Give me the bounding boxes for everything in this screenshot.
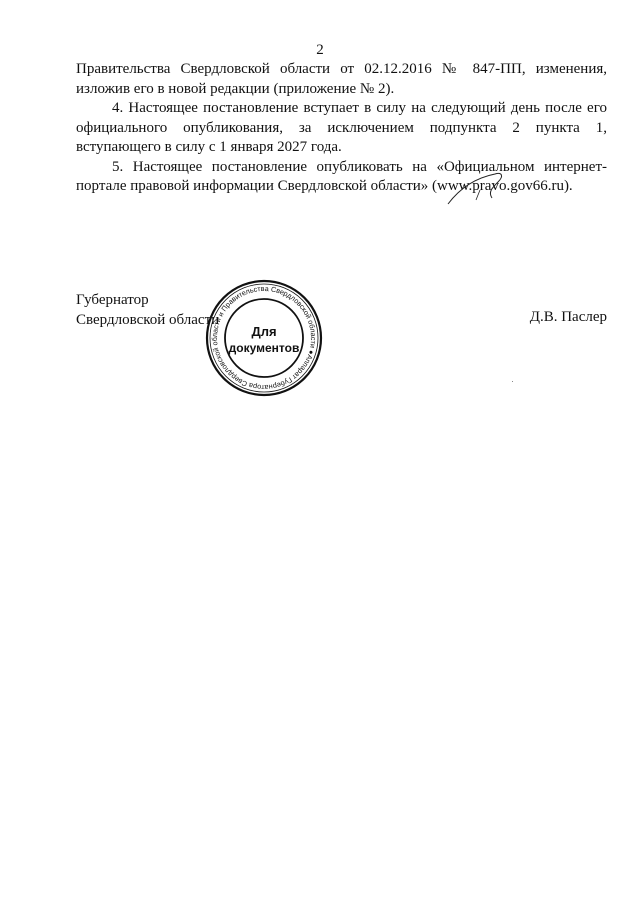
official-stamp-icon: Аппарат Губернатора Свердловской области… [204, 278, 324, 398]
scan-speck [512, 381, 513, 382]
signature-scribble-icon [440, 168, 520, 208]
paragraph-continuation: Правительства Свердловской области от 02… [76, 60, 607, 99]
document-body: Правительства Свердловской области от 02… [76, 60, 607, 197]
page-number: 2 [0, 42, 640, 59]
signature-title: Губернатор Свердловской области [76, 291, 219, 330]
signature-title-line1: Губернатор [76, 291, 219, 311]
stamp-center-line1: Для [251, 324, 276, 339]
paragraph-item-5: 5. Настоящее постановление опубликовать … [76, 158, 607, 197]
signature-title-line2: Свердловской области [76, 311, 219, 331]
paragraph-item-4: 4. Настоящее постановление вступает в си… [76, 99, 607, 158]
signatory-name: Д.В. Паслер [530, 309, 607, 326]
stamp-center-line2: документов [229, 341, 300, 355]
